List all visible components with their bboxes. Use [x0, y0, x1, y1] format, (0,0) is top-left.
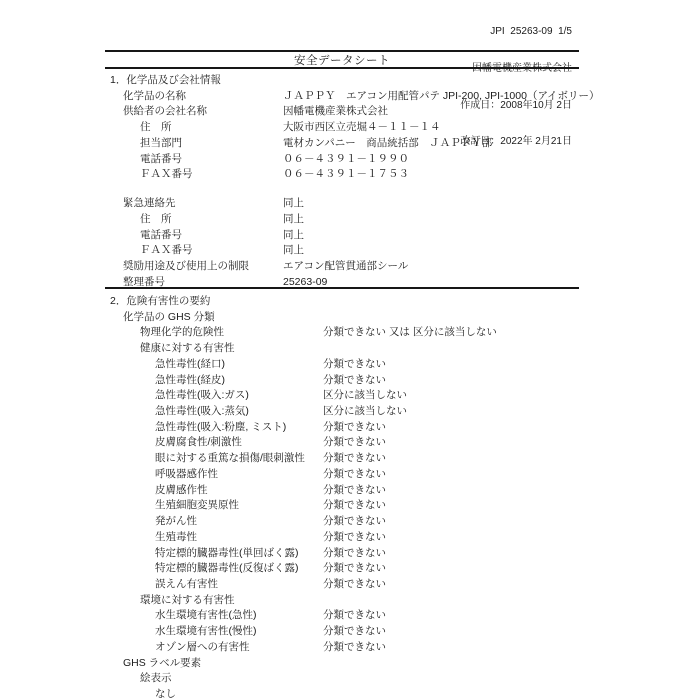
field-value: 分類できない: [323, 451, 386, 467]
field-label: GHS ラベル要素: [123, 656, 201, 672]
field-value: ０６－４３９１－１９９０: [283, 152, 409, 168]
field-label: 電話番号: [140, 228, 182, 244]
field-label: 誤えん有害性: [155, 577, 218, 593]
field-value: 大阪市西区立売堀４－１１－１４: [283, 120, 441, 136]
field-row: 物理化学的危険性分類できない 又は 区分に該当しない: [0, 325, 700, 341]
field-value: ＪＡＰＰＹ エアコン用配管パテ JPI-200, JPI-1000（アイボリー）: [283, 89, 600, 105]
field-row: 緊急連絡先同上: [0, 196, 700, 212]
field-row: GHS ラベル要素: [0, 656, 700, 672]
field-row: 水生環境有害性(急性)分類できない: [0, 608, 700, 624]
field-value: 同上: [283, 196, 304, 212]
field-row: なし: [0, 687, 700, 700]
field-label: ＦＡＸ番号: [140, 243, 193, 259]
section-heading: 2．危険有害性の要約: [0, 294, 700, 310]
field-label: 呼吸器感作性: [155, 467, 218, 483]
field-value: エアコン配管貫通部シール: [283, 259, 408, 275]
field-value: 分類できない: [323, 435, 386, 451]
section-heading: 1．化学品及び会社情報: [0, 73, 700, 89]
field-row: 眼に対する重篤な損傷/眼刺激性分類できない: [0, 451, 700, 467]
field-label: 急性毒性(経皮): [155, 373, 225, 389]
field-label: 急性毒性(吸入:蒸気): [155, 404, 249, 420]
field-value: 同上: [283, 243, 304, 259]
field-value: 同上: [283, 228, 304, 244]
divider-under-title: [105, 67, 579, 69]
field-value: 分類できない: [323, 373, 386, 389]
section-heading-text: 2．危険有害性の要約: [110, 294, 210, 310]
field-row: オゾン層への有害性分類できない: [0, 640, 700, 656]
field-value: 分類できない: [323, 530, 386, 546]
document-number: JPI 25263-09 1/5: [460, 26, 572, 38]
field-row: 発がん性分類できない: [0, 514, 700, 530]
field-row: 化学品の GHS 分類: [0, 310, 700, 326]
field-label: 水生環境有害性(急性): [155, 608, 257, 624]
sds-document-page: JPI 25263-09 1/5 因幡電機産業株式会社 作成日：2008年10月…: [0, 0, 700, 700]
field-row: 絵表示: [0, 671, 700, 687]
field-label: 供給者の会社名称: [123, 104, 207, 120]
field-row: 化学品の名称ＪＡＰＰＹ エアコン用配管パテ JPI-200, JPI-1000（…: [0, 89, 700, 105]
field-row: 電話番号０６－４３９１－１９９０: [0, 152, 700, 168]
field-value: 分類できない: [323, 640, 386, 656]
field-row: 皮膚感作性分類できない: [0, 483, 700, 499]
field-value: 区分に該当しない: [323, 388, 407, 404]
field-label: 急性毒性(経口): [155, 357, 225, 373]
field-row: 急性毒性(吸入:ガス)区分に該当しない: [0, 388, 700, 404]
field-value: 同上: [283, 212, 304, 228]
field-label: 皮膚感作性: [155, 483, 208, 499]
field-row: 供給者の会社名称因幡電機産業株式会社: [0, 104, 700, 120]
field-row: 水生環境有害性(慢性)分類できない: [0, 624, 700, 640]
field-value: 分類できない: [323, 561, 386, 577]
field-value: 電材カンパニー 商品統括部 ＪＡＰＰＹ部: [283, 136, 492, 152]
field-row: 健康に対する有害性: [0, 341, 700, 357]
field-label: 水生環境有害性(慢性): [155, 624, 257, 640]
field-row: 電話番号同上: [0, 228, 700, 244]
field-value: 区分に該当しない: [323, 404, 407, 420]
field-label: ＦＡＸ番号: [140, 167, 193, 183]
field-value: 分類できない: [323, 624, 386, 640]
field-label: 発がん性: [155, 514, 197, 530]
field-row: 奨励用途及び使用上の制限エアコン配管貫通部シール: [0, 259, 700, 275]
divider-section-2: [105, 287, 579, 289]
field-row: 住 所同上: [0, 212, 700, 228]
field-value: 分類できない: [323, 546, 386, 562]
field-row: ＦＡＸ番号同上: [0, 243, 700, 259]
field-row: 生殖毒性分類できない: [0, 530, 700, 546]
field-label: 環境に対する有害性: [140, 593, 235, 609]
field-label: 化学品の名称: [123, 89, 186, 105]
section-heading-text: 1．化学品及び会社情報: [110, 73, 221, 89]
field-label: オゾン層への有害性: [155, 640, 250, 656]
field-value: 分類できない: [323, 514, 386, 530]
field-row: 急性毒性(経皮)分類できない: [0, 373, 700, 389]
field-label: 絵表示: [140, 671, 172, 687]
field-label: なし: [155, 687, 176, 700]
field-value: 分類できない: [323, 357, 386, 373]
field-row: 生殖細胞変異原性分類できない: [0, 498, 700, 514]
field-label: 特定標的臓器毒性(反復ばく露): [155, 561, 299, 577]
field-value: 分類できない: [323, 577, 386, 593]
field-row: 急性毒性(吸入:粉塵, ミスト)分類できない: [0, 420, 700, 436]
field-label: 眼に対する重篤な損傷/眼刺激性: [155, 451, 305, 467]
document-title: 安全データシート: [105, 52, 579, 68]
field-label: 奨励用途及び使用上の制限: [123, 259, 249, 275]
field-value: 分類できない: [323, 483, 386, 499]
field-row: 住 所大阪市西区立売堀４－１１－１４: [0, 120, 700, 136]
field-row: 特定標的臓器毒性(反復ばく露)分類できない: [0, 561, 700, 577]
field-value: 分類できない 又は 区分に該当しない: [323, 325, 497, 341]
field-label: 電話番号: [140, 152, 182, 168]
field-row: 皮膚腐食性/刺激性分類できない: [0, 435, 700, 451]
section-hazard-summary: 2．危険有害性の要約化学品の GHS 分類物理化学的危険性分類できない 又は 区…: [0, 294, 700, 700]
field-value: 分類できない: [323, 608, 386, 624]
field-value: ０６－４３９１－１７５３: [283, 167, 409, 183]
field-row: 担当部門電材カンパニー 商品統括部 ＪＡＰＰＹ部: [0, 136, 700, 152]
field-row: 急性毒性(吸入:蒸気)区分に該当しない: [0, 404, 700, 420]
field-label: 緊急連絡先: [123, 196, 176, 212]
field-row: ＦＡＸ番号０６－４３９１－１７５３: [0, 167, 700, 183]
field-label: 物理化学的危険性: [140, 325, 224, 341]
field-label: 急性毒性(吸入:ガス): [155, 388, 249, 404]
field-value: 分類できない: [323, 498, 386, 514]
section-chemical-and-company-info: 1．化学品及び会社情報化学品の名称ＪＡＰＰＹ エアコン用配管パテ JPI-200…: [0, 73, 700, 291]
field-row: 特定標的臓器毒性(単回ばく露)分類できない: [0, 546, 700, 562]
field-label: 化学品の GHS 分類: [123, 310, 215, 326]
field-label: 急性毒性(吸入:粉塵, ミスト): [155, 420, 286, 436]
field-value: 分類できない: [323, 467, 386, 483]
field-label: 住 所: [140, 212, 172, 228]
field-row: 急性毒性(経口)分類できない: [0, 357, 700, 373]
field-label: 住 所: [140, 120, 172, 136]
field-row: 環境に対する有害性: [0, 593, 700, 609]
field-label: 皮膚腐食性/刺激性: [155, 435, 242, 451]
field-label: 特定標的臓器毒性(単回ばく露): [155, 546, 299, 562]
field-label: 生殖細胞変異原性: [155, 498, 239, 514]
field-value: 因幡電機産業株式会社: [283, 104, 388, 120]
field-label: 担当部門: [140, 136, 182, 152]
field-row: 誤えん有害性分類できない: [0, 577, 700, 593]
field-value: 分類できない: [323, 420, 386, 436]
field-row: 呼吸器感作性分類できない: [0, 467, 700, 483]
field-label: 健康に対する有害性: [140, 341, 235, 357]
field-label: 生殖毒性: [155, 530, 197, 546]
